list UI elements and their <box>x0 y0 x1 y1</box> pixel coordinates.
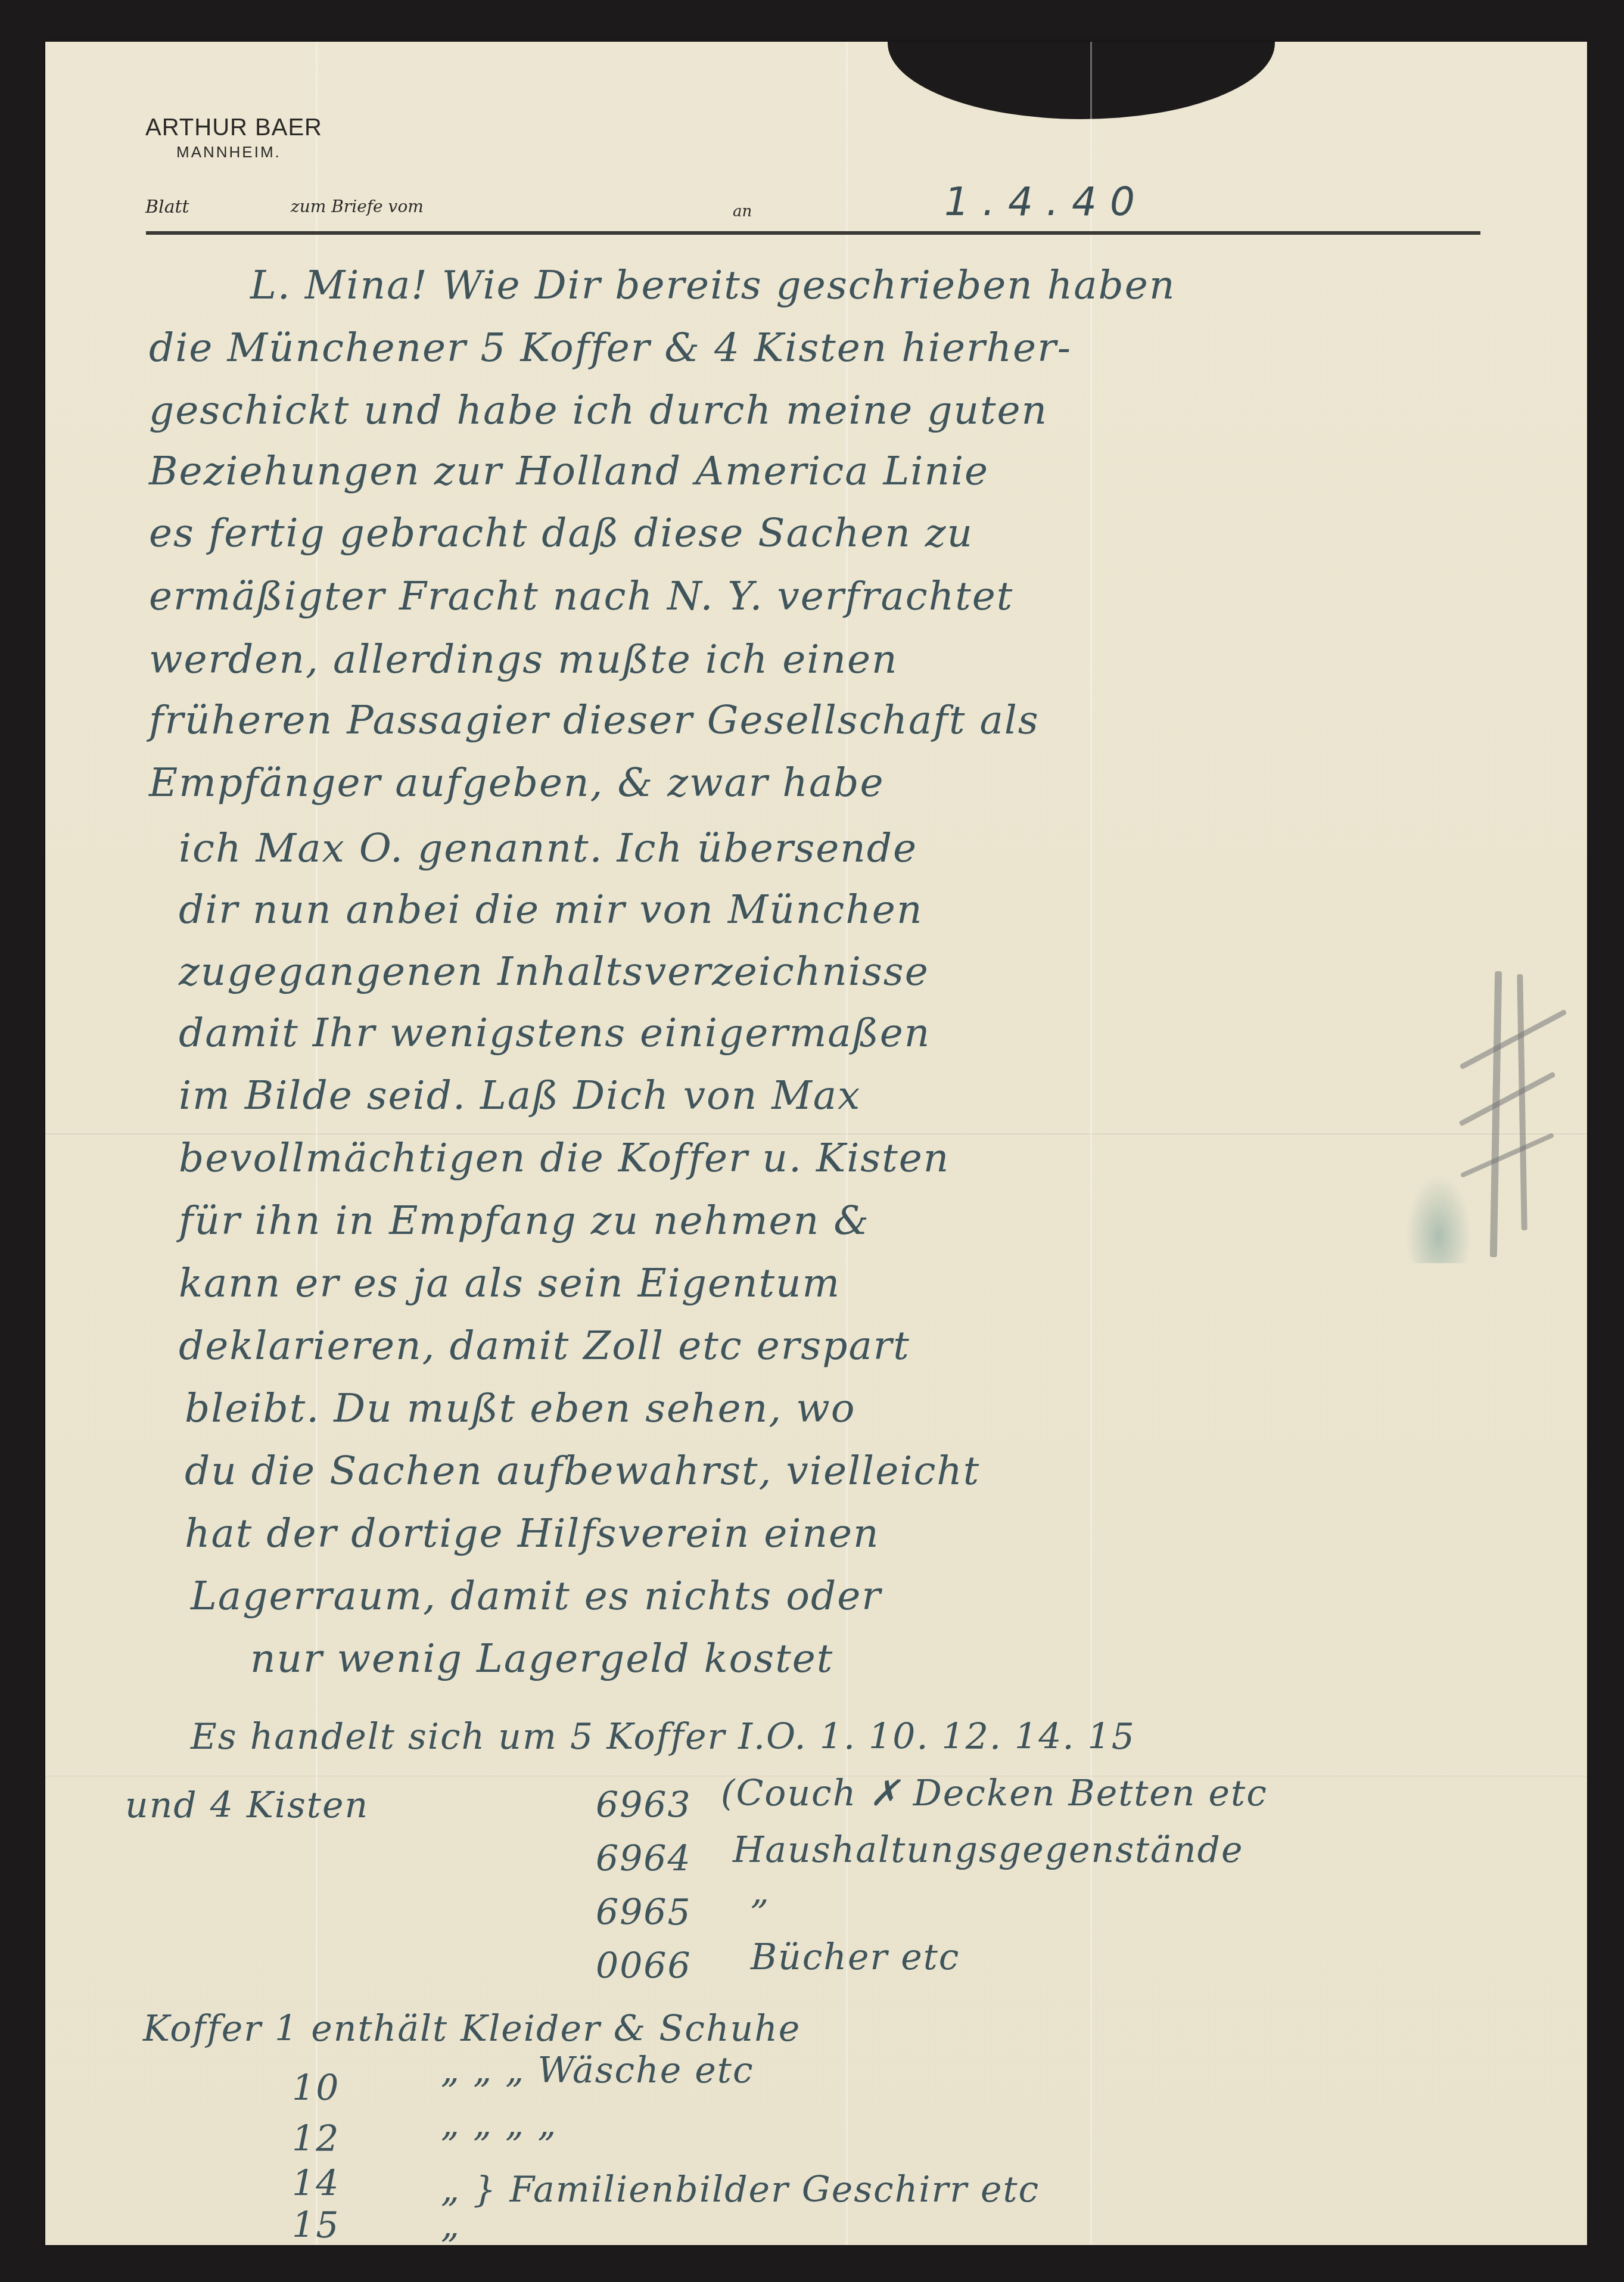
kiste-contents: Bücher etc <box>751 1936 960 1978</box>
body-line: bleibt. Du mußt eben sehen, wo <box>185 1385 855 1431</box>
koffer-contents: „ „ „ Wäsche etc <box>441 2050 754 2091</box>
body-line: nur wenig Lagergeld kostet <box>250 1636 833 1681</box>
body-line: damit Ihr wenigstens einigermaßen <box>179 1010 931 1056</box>
kiste-number: 0066 <box>596 1945 692 1987</box>
letter-date: 1.4.40 <box>944 179 1148 225</box>
letterhead-name: ARTHUR BAER <box>145 114 322 141</box>
body-line: werden, allerdings mußte ich einen <box>149 636 898 682</box>
fold-crease-vertical <box>1090 42 1092 2245</box>
koffer-contents: „ } Familienbilder Geschirr etc <box>441 2169 1040 2211</box>
letterhead-city: MANNHEIM. <box>176 143 281 161</box>
body-line: im Bilde seid. Laß Dich von Max <box>179 1072 861 1118</box>
body-line: hat der dortige Hilfsverein einen <box>185 1510 880 1556</box>
koffer-number: 15 <box>292 2205 340 2246</box>
kisten-label: und 4 Kisten <box>125 1784 369 1826</box>
koffer-number: 14 <box>292 2163 340 2205</box>
body-line: L. Mina! Wie Dir bereits geschrieben hab… <box>250 262 1175 308</box>
kiste-number: 6963 <box>596 1784 692 1826</box>
body-line: Empfänger aufgeben, & zwar habe <box>149 760 885 806</box>
body-line: geschickt und habe ich durch meine guten <box>149 387 1048 433</box>
koffer-header: Koffer 1 enthält Kleider & Schuhe <box>143 2008 801 2050</box>
body-line: es fertig gebracht daß diese Sachen zu <box>149 510 973 556</box>
header-rule <box>146 231 1480 235</box>
kiste-contents: Haushaltungsgegenstände <box>733 1829 1243 1871</box>
blatt-label: Blatt <box>145 197 189 217</box>
body-line: ich Max O. genannt. Ich übersende <box>179 825 917 871</box>
koffer-contents: „ „ „ „ <box>441 2103 558 2145</box>
kiste-number: 6965 <box>596 1892 692 1933</box>
kiste-number: 6964 <box>596 1838 692 1880</box>
body-line: Beziehungen zur Holland America Linie <box>149 448 989 494</box>
body-line: früheren Passagier dieser Gesellschaft a… <box>149 697 1040 743</box>
koffer-number: 10 <box>292 2068 340 2109</box>
koffer-number: 12 <box>292 2118 340 2160</box>
an-label: an <box>733 203 752 220</box>
body-line: kann er es ja als sein Eigentum <box>179 1260 841 1306</box>
body-line: ermäßigter Fracht nach N. Y. verfrachtet <box>149 573 1013 619</box>
koffer-contents: „ <box>441 2205 461 2246</box>
inventory-summary: Es handelt sich um 5 Koffer I.O. 1. 10. … <box>191 1716 1135 1758</box>
body-line: zugegangenen Inhaltsverzeichnisse <box>179 949 929 994</box>
body-line: für ihn in Empfang zu nehmen & <box>179 1198 870 1243</box>
body-line: Lagerraum, damit es nichts oder <box>191 1573 882 1619</box>
briefe-label: zum Briefe vom <box>291 197 424 216</box>
body-line: dir nun anbei die mir von München <box>179 887 923 932</box>
body-line: die Münchener 5 Koffer & 4 Kisten hierhe… <box>149 325 1072 371</box>
kiste-contents: „ <box>751 1871 770 1913</box>
body-line: deklarieren, damit Zoll etc erspart <box>179 1323 910 1369</box>
kiste-contents: (Couch ✗ Decken Betten etc <box>721 1773 1268 1814</box>
body-line: bevollmächtigen die Koffer u. Kisten <box>179 1135 950 1181</box>
ink-stain <box>1406 1174 1471 1263</box>
body-line: du die Sachen aufbewahrst, vielleicht <box>185 1448 980 1494</box>
